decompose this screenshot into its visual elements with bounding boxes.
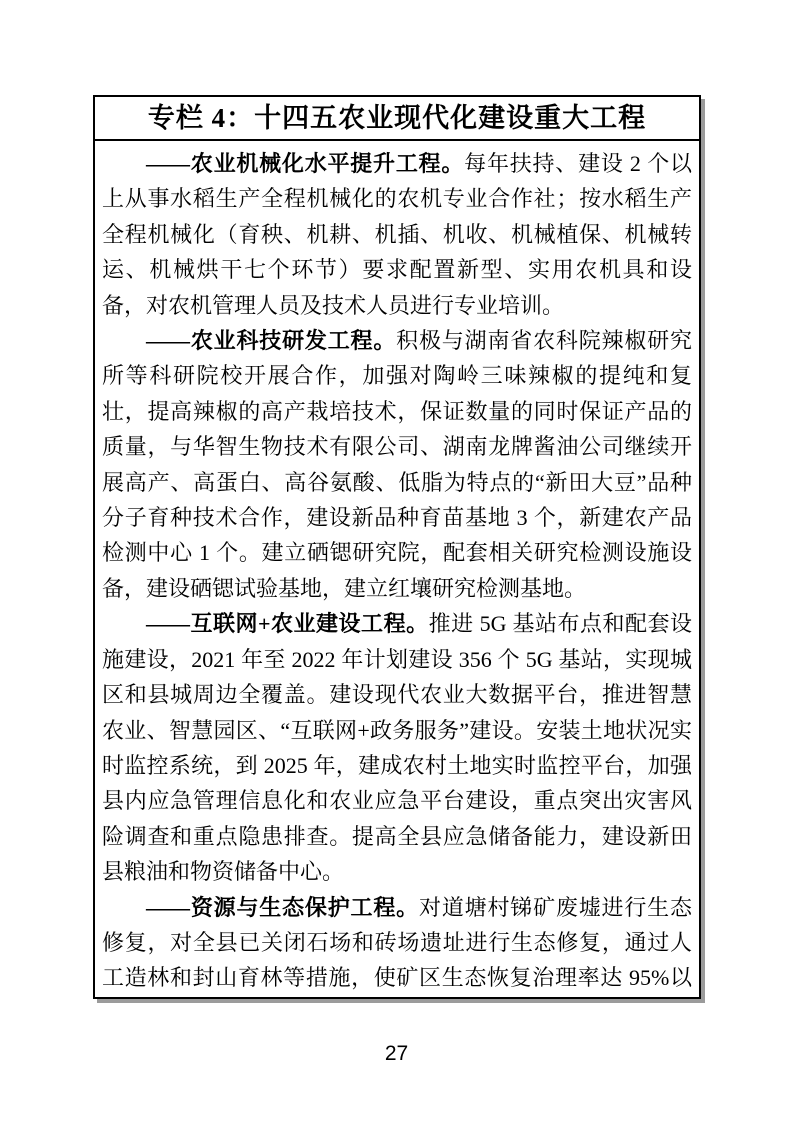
paragraph-text: 推进 5G 基站布点和配套设施建设，2021 年至 2022 年计划建设 356… [102, 611, 692, 884]
column-box-title: 专栏 4：十四五农业现代化建设重大工程 [95, 97, 699, 141]
page-number: 27 [0, 1042, 793, 1066]
paragraph-lead: ——农业机械化水平提升工程。 [146, 151, 464, 176]
column-box-body: ——农业机械化水平提升工程。每年扶持、建设 2 个以上从事水稻生产全程机械化的农… [95, 141, 699, 999]
paragraph-agricultural-mechanization: ——农业机械化水平提升工程。每年扶持、建设 2 个以上从事水稻生产全程机械化的农… [102, 146, 692, 323]
paragraph-resources-ecology-protection: ——资源与生态保护工程。对道塘村锑矿废墟进行生态修复，对全县已关闭石场和砖场遗址… [102, 890, 692, 999]
paragraph-agricultural-tech-rnd: ——农业科技研发工程。积极与湖南省农科院辣椒研究所等科研院校开展合作，加强对陶岭… [102, 323, 692, 606]
paragraph-lead: ——资源与生态保护工程。 [146, 895, 419, 920]
paragraph-text: 积极与湖南省农科院辣椒研究所等科研院校开展合作，加强对陶岭三味辣椒的提纯和复壮，… [102, 328, 692, 601]
paragraph-internet-plus-agriculture: ——互联网+农业建设工程。推进 5G 基站布点和配套设施建设，2021 年至 2… [102, 606, 692, 889]
column-box: 专栏 4：十四五农业现代化建设重大工程 ——农业机械化水平提升工程。每年扶持、建… [93, 95, 701, 999]
document-page: 专栏 4：十四五农业现代化建设重大工程 ——农业机械化水平提升工程。每年扶持、建… [0, 0, 793, 1122]
paragraph-lead: ——互联网+农业建设工程。 [146, 611, 429, 636]
paragraph-lead: ——农业科技研发工程。 [146, 328, 396, 353]
